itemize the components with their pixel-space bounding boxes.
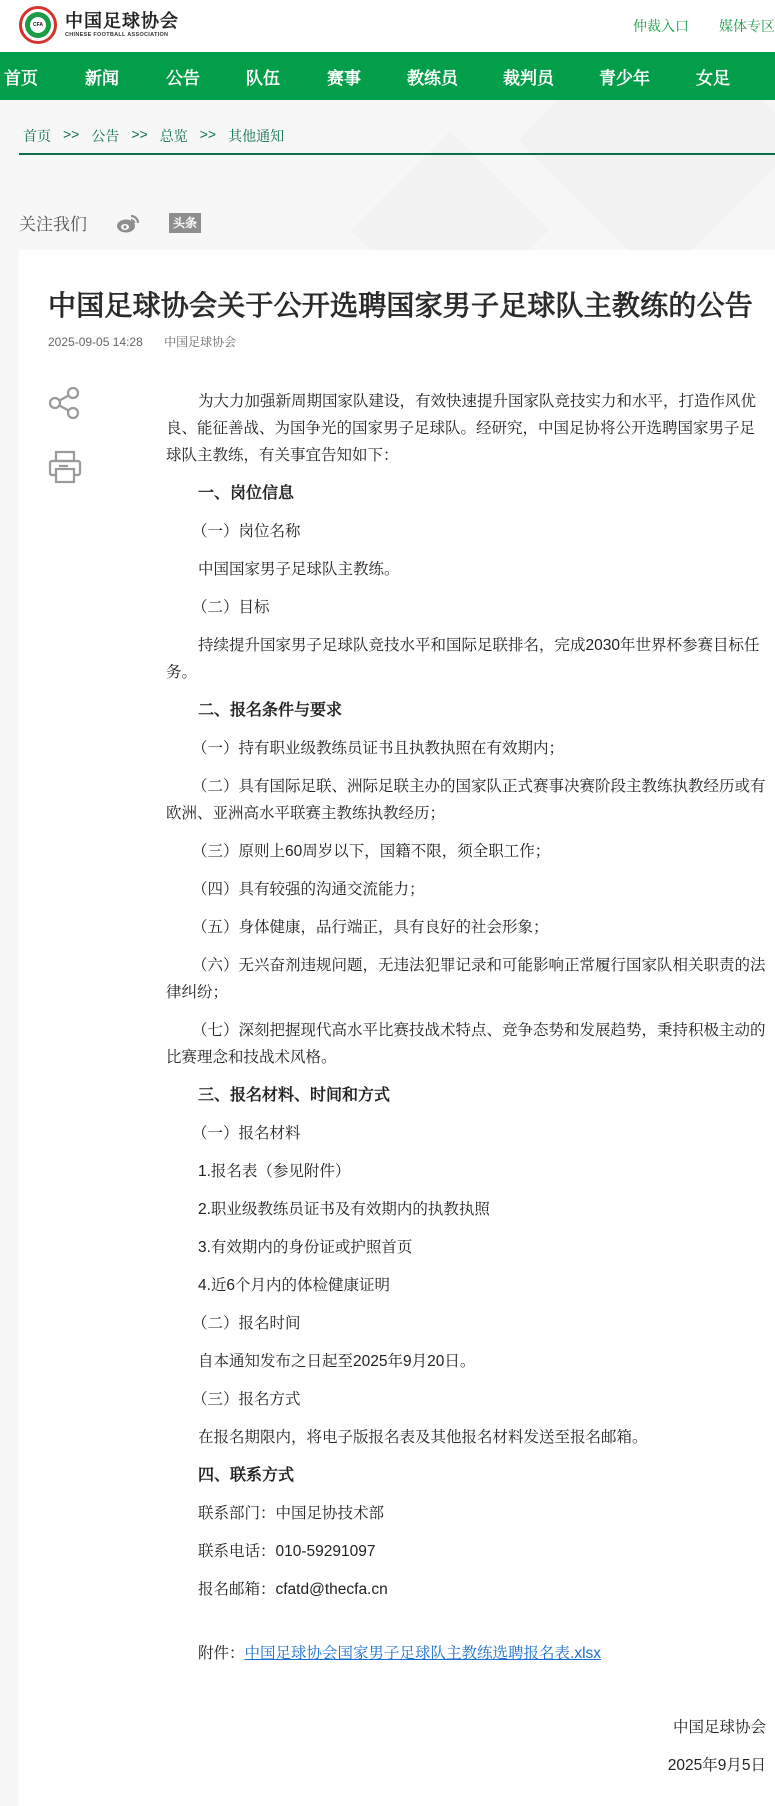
- attachment-link[interactable]: 中国足球协会国家男子足球队主教练选聘报名表.xlsx: [245, 1645, 602, 1662]
- print-icon[interactable]: [47, 449, 83, 485]
- body-paragraph: 持续提升国家男子足球队竞技水平和国际足联排名，完成2030年世界杯参赛目标任务。: [166, 632, 766, 686]
- requirement-item: （四）具有较强的沟通交流能力；: [166, 876, 766, 903]
- material-item: 2.职业级教练员证书及有效期内的执教执照: [166, 1196, 766, 1223]
- site-logo[interactable]: CFA 中国足球协会 CHINESE FOOTBALL ASSOCIATION: [19, 6, 179, 44]
- nav-item-home[interactable]: 首页: [4, 64, 38, 89]
- publish-date: 2025-09-05 14:28: [48, 335, 143, 349]
- cfa-emblem-icon: CFA: [19, 6, 57, 44]
- nav-item-teams[interactable]: 队伍: [246, 64, 280, 89]
- breadcrumb-other-notices[interactable]: 其他通知: [228, 126, 284, 146]
- breadcrumb: 首页 >> 公告 >> 总览 >> 其他通知: [19, 126, 775, 155]
- site-header: CFA 中国足球协会 CHINESE FOOTBALL ASSOCIATION …: [0, 0, 775, 52]
- contact-email: 报名邮箱：cfatd@thecfa.cn: [166, 1576, 766, 1603]
- intro-paragraph: 为大力加强新周期国家队建设，有效快速提升国家队竞技实力和水平，打造作风优良、能征…: [166, 388, 766, 469]
- article-source: 中国足球协会: [164, 335, 236, 349]
- requirement-item: （二）具有国际足联、洲际足联主办的国家队正式赛事决赛阶段主教练执教经历或有欧洲、…: [166, 773, 766, 827]
- article-title: 中国足球协会关于公开选聘国家男子足球队主教练的公告: [48, 284, 768, 324]
- signature-date: 2025年9月5日: [166, 1752, 766, 1779]
- attachment-label: 附件：: [198, 1645, 245, 1662]
- body-line: 中国国家男子足球队主教练。: [166, 556, 766, 583]
- contact-department: 联系部门：中国足协技术部: [166, 1500, 766, 1527]
- article-tools: [47, 385, 83, 513]
- subsection-heading: （二）目标: [166, 594, 766, 621]
- nav-item-matches[interactable]: 赛事: [327, 64, 361, 89]
- nav-item-youth[interactable]: 青少年: [599, 64, 650, 89]
- subsection-heading: （三）报名方式: [166, 1386, 766, 1413]
- material-item: 1.报名表（参见附件）: [166, 1158, 766, 1185]
- body-line: 在报名期限内，将电子版报名表及其他报名材料发送至报名邮箱。: [166, 1424, 766, 1451]
- arbitration-link[interactable]: 仲裁入口: [633, 16, 689, 36]
- requirement-item: （三）原则上60周岁以下，国籍不限，须全职工作；: [166, 838, 766, 865]
- section-heading: 四、联系方式: [166, 1462, 766, 1489]
- section-heading: 一、岗位信息: [166, 480, 766, 507]
- weibo-icon[interactable]: [115, 212, 141, 234]
- share-icon[interactable]: [47, 385, 83, 421]
- nav-item-coaches[interactable]: 教练员: [407, 64, 458, 89]
- logo-title: 中国足球协会: [65, 11, 179, 31]
- article-meta: 2025-09-05 14:28 中国足球协会: [48, 333, 236, 350]
- follow-label: 关注我们: [19, 210, 87, 235]
- nav-item-women[interactable]: 女足: [696, 64, 730, 89]
- subsection-heading: （一）岗位名称: [166, 518, 766, 545]
- material-item: 4.近6个月内的体检健康证明: [166, 1272, 766, 1299]
- article-body: 为大力加强新周期国家队建设，有效快速提升国家队竞技实力和水平，打造作风优良、能征…: [166, 388, 766, 1790]
- requirement-item: （一）持有职业级教练员证书且执教执照在有效期内；: [166, 735, 766, 762]
- breadcrumb-separator: >>: [63, 126, 79, 142]
- section-heading: 二、报名条件与要求: [166, 697, 766, 724]
- attachment-line: 附件：中国足球协会国家男子足球队主教练选聘报名表.xlsx: [166, 1640, 766, 1667]
- media-link[interactable]: 媒体专区: [719, 16, 775, 36]
- breadcrumb-announcements[interactable]: 公告: [91, 126, 119, 146]
- material-item: 3.有效期内的身份证或护照首页: [166, 1234, 766, 1261]
- subsection-heading: （二）报名时间: [166, 1310, 766, 1337]
- follow-us: 关注我们 头条: [19, 210, 201, 235]
- body-line: 自本通知发布之日起至2025年9月20日。: [166, 1348, 766, 1375]
- nav-item-news[interactable]: 新闻: [85, 64, 119, 89]
- top-links: 仲裁入口 媒体专区: [633, 16, 775, 36]
- section-heading: 三、报名材料、时间和方式: [166, 1082, 766, 1109]
- breadcrumb-separator: >>: [131, 126, 147, 142]
- breadcrumb-home[interactable]: 首页: [23, 126, 51, 146]
- requirement-item: （五）身体健康，品行端正，具有良好的社会形象；: [166, 914, 766, 941]
- breadcrumb-separator: >>: [200, 126, 216, 142]
- subsection-heading: （一）报名材料: [166, 1120, 766, 1147]
- breadcrumb-overview[interactable]: 总览: [160, 126, 188, 146]
- nav-item-referees[interactable]: 裁判员: [503, 64, 554, 89]
- nav-item-announcements[interactable]: 公告: [166, 64, 200, 89]
- logo-subtitle: CHINESE FOOTBALL ASSOCIATION: [65, 31, 179, 39]
- article-card: 中国足球协会关于公开选聘国家男子足球队主教练的公告 2025-09-05 14:…: [19, 250, 775, 1806]
- contact-phone: 联系电话：010-59291097: [166, 1538, 766, 1565]
- toutiao-icon[interactable]: 头条: [169, 213, 201, 233]
- requirement-item: （七）深刻把握现代高水平比赛技战术特点、竞争态势和发展趋势，秉持积极主动的比赛理…: [166, 1017, 766, 1071]
- signature-org: 中国足球协会: [166, 1714, 766, 1741]
- main-nav: 首页 新闻 公告 队伍 赛事 教练员 裁判员 青少年 女足 会: [0, 52, 775, 100]
- requirement-item: （六）无兴奋剂违规问题，无违法犯罪记录和可能影响正常履行国家队相关职责的法律纠纷…: [166, 952, 766, 1006]
